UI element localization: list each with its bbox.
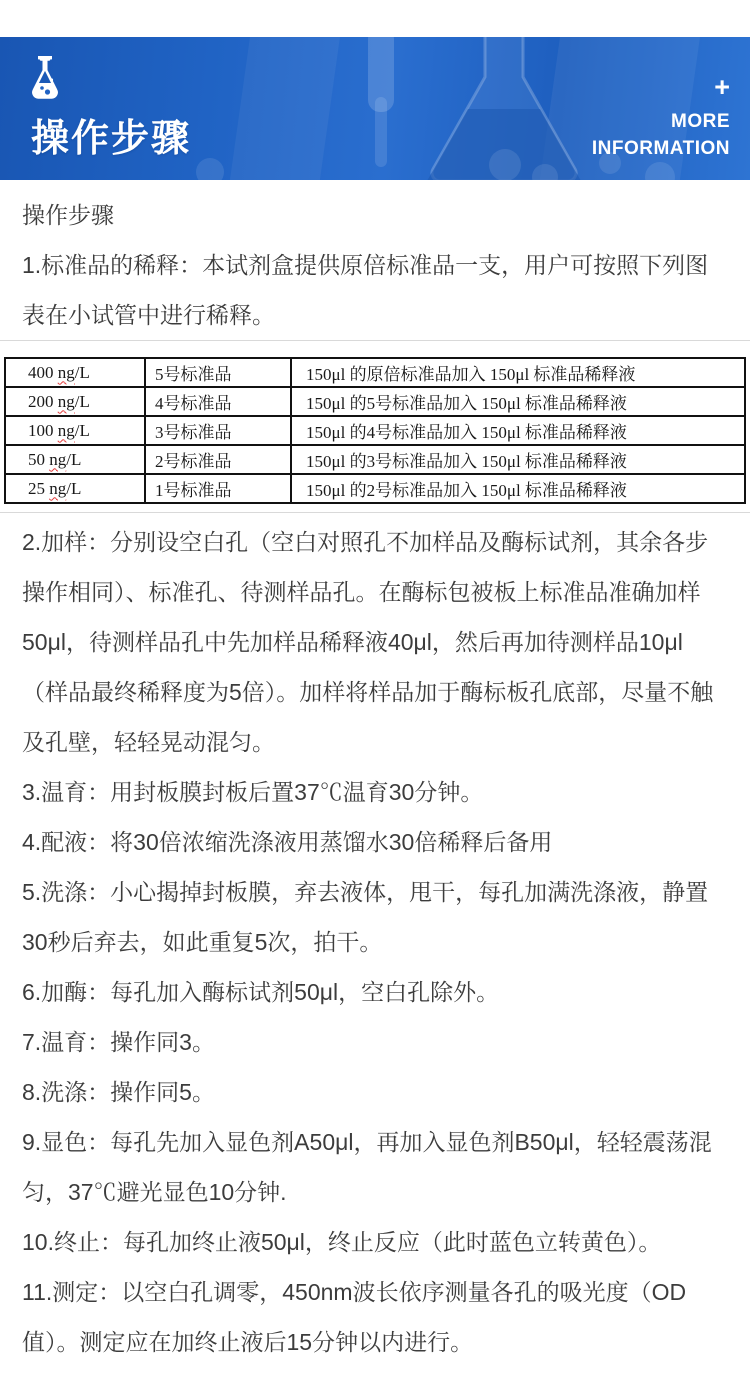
table-row: 100 ng/L 3号标准品 150μl 的4号标准品加入 150μl 标准品稀… xyxy=(5,416,745,445)
flask-icon xyxy=(30,56,60,102)
step-9-paragraph: 9.显色：每孔先加入显色剂A50μl，再加入显色剂B50μl，轻轻震荡混匀，37… xyxy=(22,1117,728,1217)
more-label-line2: INFORMATION xyxy=(592,135,730,162)
more-label-line1: MORE xyxy=(592,108,730,135)
concentration-cell: 400 ng/L xyxy=(5,358,145,387)
standard-name-cell: 1号标准品 xyxy=(145,474,291,503)
table-row: 200 ng/L 4号标准品 150μl 的5号标准品加入 150μl 标准品稀… xyxy=(5,387,745,416)
plus-icon: + xyxy=(592,75,730,99)
step-3-paragraph: 3.温育：用封板膜封板后置37℃温育30分钟。 xyxy=(22,767,728,817)
intro-text-block: 操作步骤 1.标准品的稀释：本试剂盒提供原倍标准品一支，用户可按照下列图表在小试… xyxy=(0,180,750,340)
step-1-paragraph: 1.标准品的稀释：本试剂盒提供原倍标准品一支，用户可按照下列图表在小试管中进行稀… xyxy=(22,240,728,340)
standards-dilution-table: 400 ng/L 5号标准品 150μl 的原倍标准品加入 150μl 标准品稀… xyxy=(4,357,746,504)
step-7-paragraph: 7.温育：操作同3。 xyxy=(22,1017,728,1067)
instruction-cell: 150μl 的5号标准品加入 150μl 标准品稀释液 xyxy=(291,387,745,416)
standard-name-cell: 3号标准品 xyxy=(145,416,291,445)
instruction-cell: 150μl 的3号标准品加入 150μl 标准品稀释液 xyxy=(291,445,745,474)
step-5-paragraph: 5.洗涤：小心揭掉封板膜，弃去液体，甩干，每孔加满洗涤液，静置30秒后弃去，如此… xyxy=(22,867,728,967)
procedure-steps-block: 2.加样：分别设空白孔（空白对照孔不加样品及酶标试剂，其余各步操作相同）、标准孔… xyxy=(0,513,750,1381)
step-4-paragraph: 4.配液：将30倍浓缩洗涤液用蒸馏水30倍稀释后备用 xyxy=(22,817,728,867)
standards-table-section: 400 ng/L 5号标准品 150μl 的原倍标准品加入 150μl 标准品稀… xyxy=(0,340,750,513)
table-row: 50 ng/L 2号标准品 150μl 的3号标准品加入 150μl 标准品稀释… xyxy=(5,445,745,474)
content-heading: 操作步骤 xyxy=(22,190,728,240)
concentration-cell: 100 ng/L xyxy=(5,416,145,445)
pipette-shape xyxy=(368,37,394,167)
step-2-paragraph: 2.加样：分别设空白孔（空白对照孔不加样品及酶标试剂，其余各步操作相同）、标准孔… xyxy=(22,517,728,767)
standard-name-cell: 5号标准品 xyxy=(145,358,291,387)
table-row: 400 ng/L 5号标准品 150μl 的原倍标准品加入 150μl 标准品稀… xyxy=(5,358,745,387)
standard-name-cell: 2号标准品 xyxy=(145,445,291,474)
concentration-cell: 50 ng/L xyxy=(5,445,145,474)
instruction-cell: 150μl 的2号标准品加入 150μl 标准品稀释液 xyxy=(291,474,745,503)
step-8-paragraph: 8.洗涤：操作同5。 xyxy=(22,1067,728,1117)
more-information-link[interactable]: + MORE INFORMATION xyxy=(592,75,730,162)
step-10-paragraph: 10.终止：每孔加终止液50μl，终止反应（此时蓝色立转黄色）。 xyxy=(22,1217,728,1267)
standard-name-cell: 4号标准品 xyxy=(145,387,291,416)
instruction-cell: 150μl 的4号标准品加入 150μl 标准品稀释液 xyxy=(291,416,745,445)
step-6-paragraph: 6.加酶：每孔加入酶标试剂50μl，空白孔除外。 xyxy=(22,967,728,1017)
section-banner: 操作步骤 + MORE INFORMATION xyxy=(0,37,750,180)
instruction-cell: 150μl 的原倍标准品加入 150μl 标准品稀释液 xyxy=(291,358,745,387)
banner-title: 操作步骤 xyxy=(31,107,191,162)
concentration-cell: 200 ng/L xyxy=(5,387,145,416)
table-row: 25 ng/L 1号标准品 150μl 的2号标准品加入 150μl 标准品稀释… xyxy=(5,474,745,503)
product-detail-page: 操作步骤 + MORE INFORMATION 操作步骤 1.标准品的稀释：本试… xyxy=(0,37,750,1381)
step-11-paragraph: 11.测定：以空白孔调零，450nm波长依序测量各孔的吸光度（OD值）。测定应在… xyxy=(22,1267,728,1367)
concentration-cell: 25 ng/L xyxy=(5,474,145,503)
